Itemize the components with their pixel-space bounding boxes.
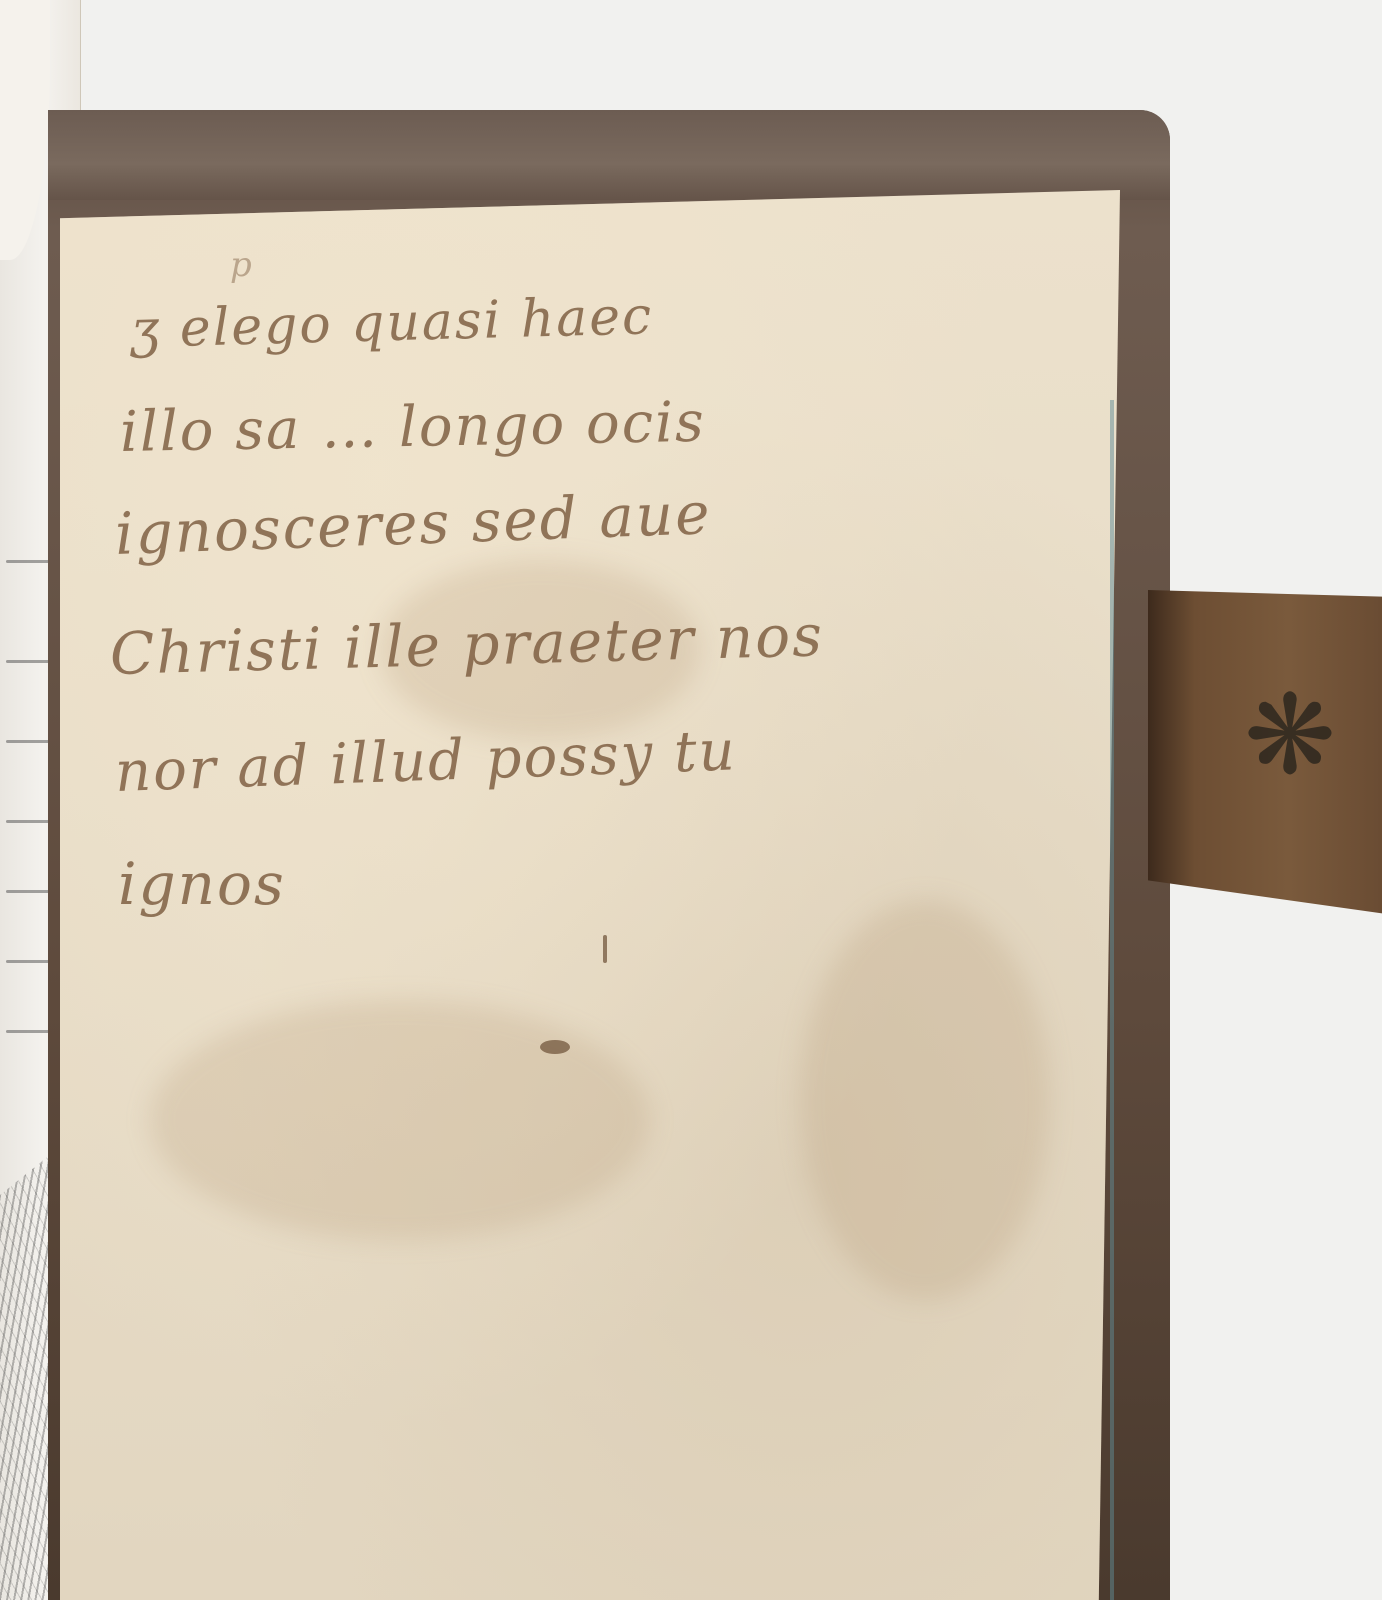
handwriting-line-6: ignos [118, 850, 286, 918]
clasp-ornament-icon: ❋ [1230, 660, 1350, 810]
age-stain [800, 900, 1050, 1300]
age-stain [150, 1000, 650, 1240]
leather-turn-in [48, 110, 1170, 200]
ink-mark [603, 935, 607, 963]
handwriting-mark: p [230, 245, 254, 285]
flyleaf-blue-edge [1110, 400, 1114, 1600]
paper-blemish [540, 1040, 570, 1054]
handwriting-line-2: illo sa … longo ocis [119, 390, 706, 465]
book-photograph: p ʒ elego quasi haec illo sa … longo oci… [0, 0, 1382, 1600]
